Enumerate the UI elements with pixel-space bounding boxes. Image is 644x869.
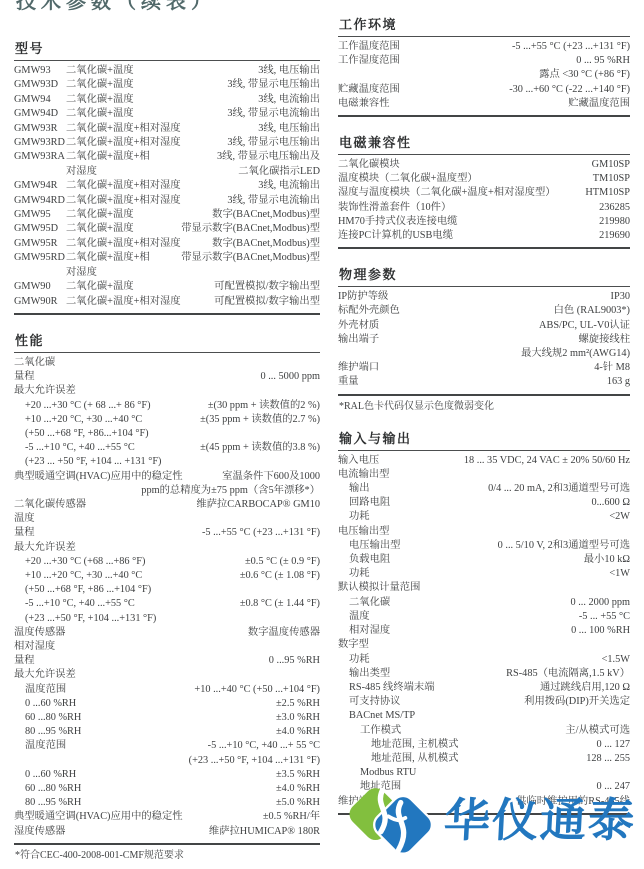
cropped-page-heading-text: 技术参数（续表） — [16, 0, 226, 11]
spec-value: <1.5W — [370, 653, 630, 667]
physical-footnote: *RAL色卡代码仅显示色度微弱变化 — [338, 400, 630, 413]
spec-label: 连接PC计算机的USB电缆 — [338, 229, 453, 243]
spec-label: 温度范围 — [25, 739, 66, 753]
spec-label: -5 ...+10 °C, +40 ...+55 °C — [25, 597, 135, 611]
spec-row: 维护端口 4-针 M8 — [338, 361, 630, 375]
spec-label: +20 ...+30 °C (+ 68 ...+ 86 °F) — [25, 399, 151, 413]
spec-row: 80 ...95 %RH ±4.0 %RH — [14, 725, 320, 739]
spec-label: BACnet MS/TP — [349, 709, 415, 723]
spec-label: 电压输出型 — [349, 539, 400, 553]
spec-row: 二氧化碳模块 GM10SP — [338, 158, 630, 172]
model-code: GMW90R — [14, 295, 66, 309]
spec-value: 0...600 Ω — [390, 496, 630, 510]
model-output-type: 可配置模拟/数字输出型 — [134, 280, 320, 294]
model-table-row: GMW93D 二氧化碳+温度 3线, 带显示电压输出 — [14, 78, 320, 92]
spec-value: 0/4 ... 20 mA, 2和3通道型号可选 — [370, 482, 630, 496]
datasheet-page: 技术参数（续表） 型号 GMW93 二氧化碳+温度 3线, 电压输出 GMW93… — [0, 0, 644, 869]
spec-label: 电压输出型 — [338, 525, 389, 539]
model-code: GMW94 — [14, 93, 66, 107]
model-description: 二氧化碳+温度 — [66, 64, 134, 78]
spec-label: 量程 — [14, 654, 35, 668]
spec-row: (+50 ...+68 °F, +86 ...+104 °F) — [14, 583, 320, 597]
model-description: 二氧化碳+温度 — [66, 107, 134, 121]
spec-value: <2W — [370, 510, 630, 524]
model-code: GMW93 — [14, 64, 66, 78]
spec-value: 贮藏温度范围 — [389, 97, 630, 111]
spec-row: 负载电阻 最小10 kΩ — [338, 553, 630, 567]
spec-value: 0 ...95 %RH — [35, 654, 320, 668]
spec-value: 最大线规2 mm²(AWG14) — [338, 347, 630, 361]
spec-label: 量程 — [14, 370, 35, 384]
model-table-row: GMW93RA 二氧化碳+温度+相 3线, 带显示电压输出及 — [14, 150, 320, 164]
model-table: GMW93 二氧化碳+温度 3线, 电压输出 GMW93D 二氧化碳+温度 3线… — [14, 61, 320, 315]
model-description: 二氧化碳+温度+相对湿度 — [66, 122, 181, 136]
spec-row: BACnet MS/TP — [338, 709, 630, 723]
spec-row: 标配外壳颜色 白色 (RAL9003*) — [338, 304, 630, 318]
spec-label: 最大允许误差 — [14, 541, 76, 555]
spec-row: 60 ...80 %RH ±3.0 %RH — [14, 711, 320, 725]
spec-row: 最大允许误差 — [14, 384, 320, 398]
spec-label: 装饰性滑盖套件（10件） — [338, 201, 451, 215]
spec-row: 露点 <30 °C (+86 °F) — [338, 68, 630, 82]
spec-label: Modbus RTU — [360, 766, 416, 780]
spec-label: 二氧化碳 — [14, 356, 55, 370]
spec-label: 输出端子 — [338, 333, 379, 347]
model-output-type: 3线, 带显示电压输出 — [181, 136, 320, 150]
spec-label: 二氧化碳传感器 — [14, 498, 86, 512]
model-description: 二氧化碳+温度 — [66, 78, 134, 92]
model-code: GMW94RD — [14, 194, 66, 208]
section-physical: 物理参数 IP防护等级 IP30 标配外壳颜色 白色 (RAL9003*) — [338, 264, 630, 412]
model-table-row: GMW95D 二氧化碳+温度 带显示数字(BACnet,Modbus)型 — [14, 222, 320, 236]
spec-value: RS-485（电流隔离,1.5 kV） — [390, 667, 630, 681]
spec-row: 电压输出型 — [338, 525, 630, 539]
spec-row: 输出类型 RS-485（电流隔离,1.5 kV） — [338, 667, 630, 681]
model-code: GMW90 — [14, 280, 66, 294]
section-performance: 性能 二氧化碳 量程 0 ... 5000 ppm — [14, 330, 320, 862]
spec-label: 可支持协议 — [349, 695, 400, 709]
spec-label: 负载电阻 — [349, 553, 390, 567]
spec-row: 温度范围 -5 ...+10 °C, +40 ...+ 55 °C — [14, 739, 320, 753]
spec-row: 电磁兼容性 贮藏温度范围 — [338, 97, 630, 111]
spec-row: 湿度传感器 维萨拉HUMICAP® 180R — [14, 825, 320, 839]
spec-value: (+23 ...+50 °F, +104 ...+131 °F) — [14, 754, 320, 768]
section-model: 型号 GMW93 二氧化碳+温度 3线, 电压输出 GMW93D 二氧化碳+温度 — [14, 38, 320, 315]
model-code: GMW93RA — [14, 150, 66, 164]
spec-value: ±2.5 %RH — [76, 697, 320, 711]
spec-value: 维萨拉CARBOCAP® GM10 — [86, 498, 320, 512]
spec-row: 典型暖通空调(HVAC)应用中的稳定性 ±0.5 %RH/年 — [14, 810, 320, 824]
spec-label: 工作模式 — [360, 724, 401, 738]
spec-row: 0 ...60 %RH ±2.5 %RH — [14, 697, 320, 711]
spec-value: ±4.0 %RH — [81, 782, 320, 796]
spec-label: +20 ...+30 °C (+68 ...+86 °F) — [25, 555, 145, 569]
model-table-row: GMW94R 二氧化碳+温度+相对湿度 3线, 电流输出 — [14, 179, 320, 193]
model-description: 二氧化碳+温度+相对湿度 — [66, 295, 181, 309]
spec-label: 典型暖通空调(HVAC)应用中的稳定性 — [14, 810, 183, 824]
model-output-type: 带显示数字(BACnet,Modbus)型 — [134, 222, 320, 236]
spec-row: 重量 163 g — [338, 375, 630, 389]
model-table-row: GMW93 二氧化碳+温度 3线, 电压输出 — [14, 64, 320, 78]
model-output-type: 3线, 电压输出 — [134, 64, 320, 78]
spec-value: 室温条件下600及1000 — [183, 470, 320, 484]
spec-label: 量程 — [14, 526, 35, 540]
spec-label: (+50 ...+68 °F, +86...+104 °F) — [25, 427, 149, 441]
spec-value: ±0.5 °C (± 0.9 °F) — [145, 555, 320, 569]
spec-row: 典型暖通空调(HVAC)应用中的稳定性 室温条件下600及1000 — [14, 470, 320, 484]
spec-label: 温度 — [14, 512, 35, 526]
right-column: 工作环境 工作温度范围 -5 ...+55 °C (+23 ...+131 °F… — [338, 0, 630, 869]
spec-row: 功耗 <1.5W — [338, 653, 630, 667]
spec-label: 地址范围, 主机模式 — [371, 738, 459, 752]
spec-value: 0 ... 5000 ppm — [35, 370, 320, 384]
spec-value: ±0.6 °C (± 1.08 °F) — [142, 569, 320, 583]
spec-label: +10 ...+20 °C, +30 ...+40 °C — [25, 569, 142, 583]
model-table-row: GMW94D 二氧化碳+温度 3线, 带显示电流输出 — [14, 107, 320, 121]
spec-label: 温度模块（二氧化碳+温度型） — [338, 172, 478, 186]
model-code: GMW95R — [14, 237, 66, 251]
spec-row: 二氧化碳 — [14, 356, 320, 370]
spec-row: -5 ...+10 °C, +40 ...+55 °C ±0.8 °C (± 1… — [14, 597, 320, 611]
spec-row: 二氧化碳传感器 维萨拉CARBOCAP® GM10 — [14, 498, 320, 512]
spec-value: 白色 (RAL9003*) — [400, 304, 630, 318]
spec-value: 数字温度传感器 — [65, 626, 320, 640]
spec-value: ±4.0 %RH — [81, 725, 320, 739]
spec-row: IP防护等级 IP30 — [338, 290, 630, 304]
section-operating-environment: 工作环境 工作温度范围 -5 ...+55 °C (+23 ...+131 °F… — [338, 14, 630, 117]
model-output-type: 二氧化碳指示LED — [97, 165, 320, 179]
performance-table: 二氧化碳 量程 0 ... 5000 ppm 最大允许误差 — [14, 353, 320, 845]
spec-row: 贮藏温度范围 -30 ...+60 °C (-22 ...+140 °F) — [338, 83, 630, 97]
model-description: 二氧化碳+温度+相 — [66, 150, 150, 164]
spec-value: ±(45 ppm + 读数值的3.8 %) — [135, 441, 320, 455]
spec-label: +10 ...+20 °C, +30 ...+40 °C — [25, 413, 142, 427]
section-emc: 电磁兼容性 二氧化碳模块 GM10SP 温度模块（二氧化碳+温度型） TM10S… — [338, 132, 630, 249]
spec-label: 电流输出型 — [338, 468, 389, 482]
spec-row: 装饰性滑盖套件（10件） 236285 — [338, 201, 630, 215]
spec-value: -5 ...+10 °C, +40 ...+ 55 °C — [66, 739, 320, 753]
spec-value: +10 ...+40 °C (+50 ...+104 °F) — [66, 683, 320, 697]
model-output-type: 带显示数字(BACnet,Modbus)型 — [150, 251, 320, 265]
spec-value: 露点 <30 °C (+86 °F) — [338, 68, 630, 82]
spec-row: 温度 -5 ... +55 °C — [338, 610, 630, 624]
spec-row: 60 ...80 %RH ±4.0 %RH — [14, 782, 320, 796]
spec-label: 二氧化碳 — [349, 596, 390, 610]
spec-label: 输出 — [349, 482, 370, 496]
spec-row: 外壳材质 ABS/PC, UL-V0认证 — [338, 319, 630, 333]
spec-row: 温度 — [14, 512, 320, 526]
spec-row: 最大允许误差 — [14, 668, 320, 682]
model-output-type: 数字(BACnet,Modbus)型 — [181, 237, 320, 251]
company-logo-text: 华仪通泰 — [443, 798, 637, 844]
spec-row: 工作模式 主/从模式可选 — [338, 724, 630, 738]
spec-label: (+23 ...+50 °F, +104 ...+131 °F) — [25, 612, 156, 626]
spec-row: 量程 -5 ...+55 °C (+23 ...+131 °F) — [14, 526, 320, 540]
spec-row: 最大允许误差 — [14, 541, 320, 555]
spec-label: 贮藏温度范围 — [338, 83, 400, 97]
spec-value: 通过跳线启用,120 Ω — [435, 681, 630, 695]
spec-row: 工作温度范围 -5 ...+55 °C (+23 ...+131 °F) — [338, 40, 630, 54]
model-table-row: GMW94RD 二氧化碳+温度+相对湿度 3线, 带显示电流输出 — [14, 194, 320, 208]
spec-row: 0 ...60 %RH ±3.5 %RH — [14, 768, 320, 782]
spec-row: +20 ...+30 °C (+ 68 ...+ 86 °F) ±(30 ppm… — [14, 399, 320, 413]
model-output-type: 3线, 带显示电流输出 — [181, 194, 320, 208]
spec-label: 地址范围, 从机模式 — [371, 752, 459, 766]
spec-label: 典型暖通空调(HVAC)应用中的稳定性 — [14, 470, 183, 484]
model-description: 二氧化碳+温度 — [66, 280, 134, 294]
model-output-type: 数字(BACnet,Modbus)型 — [134, 208, 320, 222]
spec-value: IP30 — [388, 290, 630, 304]
spec-label: 相对湿度 — [349, 624, 390, 638]
spec-value: 236285 — [451, 201, 630, 215]
spec-value: 0 ... 127 — [459, 738, 630, 752]
spec-label: 80 ...95 %RH — [25, 725, 81, 739]
spec-row: 输出 0/4 ... 20 mA, 2和3通道型号可选 — [338, 482, 630, 496]
spec-value: 最小10 kΩ — [390, 553, 630, 567]
spec-row: 二氧化碳 0 ... 2000 ppm — [338, 596, 630, 610]
model-table-row: 对湿度 — [14, 266, 320, 280]
spec-row: 温度传感器 数字温度传感器 — [14, 626, 320, 640]
spec-value: -30 ...+60 °C (-22 ...+140 °F) — [400, 83, 630, 97]
model-description: 二氧化碳+温度+相对湿度 — [66, 194, 181, 208]
spec-label: 输入电压 — [338, 454, 379, 468]
spec-row: 输出端子 螺旋接线柱 — [338, 333, 630, 347]
spec-label: 电磁兼容性 — [338, 97, 389, 111]
spec-label: 温度 — [349, 610, 370, 624]
spec-label: 80 ...95 %RH — [25, 796, 81, 810]
spec-row: 电流输出型 — [338, 468, 630, 482]
spec-row: 相对湿度 — [14, 640, 320, 654]
model-table-row: GMW93R 二氧化碳+温度+相对湿度 3线, 电压输出 — [14, 122, 320, 136]
section-physical-title: 物理参数 — [338, 264, 630, 287]
cropped-page-heading: 技术参数（续表） — [16, 0, 226, 11]
spec-row: (+23 ...+50 °F, +104 ...+131 °F) — [14, 754, 320, 768]
spec-label: 最大允许误差 — [14, 384, 76, 398]
model-code — [14, 266, 66, 280]
spec-value: 163 g — [359, 375, 630, 389]
spec-label: 湿度传感器 — [14, 825, 65, 839]
section-input-output-title: 输入与输出 — [338, 428, 630, 451]
spec-label: 0 ...60 %RH — [25, 697, 76, 711]
spec-row: 80 ...95 %RH ±5.0 %RH — [14, 796, 320, 810]
model-description: 二氧化碳+温度+相 — [66, 251, 150, 265]
huayi-diamond-monogram-icon — [344, 781, 436, 861]
spec-value: <1W — [370, 567, 630, 581]
model-output-type: 3线, 电流输出 — [134, 93, 320, 107]
model-table-row: GMW94 二氧化碳+温度 3线, 电流输出 — [14, 93, 320, 107]
spec-row: 数字型 — [338, 638, 630, 652]
section-model-title: 型号 — [14, 38, 320, 61]
spec-value: -5 ... +55 °C — [370, 610, 630, 624]
spec-row: 功耗 <1W — [338, 567, 630, 581]
spec-label: 最大允许误差 — [14, 668, 76, 682]
spec-row: 温度模块（二氧化碳+温度型） TM10SP — [338, 172, 630, 186]
spec-label: 60 ...80 %RH — [25, 782, 81, 796]
spec-row: 相对湿度 0 ... 100 %RH — [338, 624, 630, 638]
spec-value: 219690 — [453, 229, 630, 243]
spec-label: HM70手持式仪表连接电缆 — [338, 215, 458, 229]
spec-value: 0 ... 2000 ppm — [390, 596, 630, 610]
io-table: 输入电压 18 ... 35 VDC, 24 VAC ± 20% 50/60 H… — [338, 451, 630, 815]
spec-row: 量程 0 ...95 %RH — [14, 654, 320, 668]
spec-label: 湿度与温度模块（二氧化碳+温度+相对湿度型） — [338, 186, 556, 200]
spec-label: 功耗 — [349, 653, 370, 667]
spec-label: 维护端口 — [338, 361, 379, 375]
spec-row: 可支持协议 利用拨码(DIP)开关选定 — [338, 695, 630, 709]
model-description: 二氧化碳+温度 — [66, 222, 134, 236]
spec-value: 主/从模式可选 — [401, 724, 630, 738]
spec-row: RS-485 线终端末端 通过跳线启用,120 Ω — [338, 681, 630, 695]
model-code: GMW94D — [14, 107, 66, 121]
spec-row: (+50 ...+68 °F, +86...+104 °F) — [14, 427, 320, 441]
spec-value: 螺旋接线柱 — [379, 333, 630, 347]
spec-row: (+23 ...+50 °F, +104 ...+131 °F) — [14, 612, 320, 626]
spec-value: 0 ... 100 %RH — [390, 624, 630, 638]
spec-label: 默认模拟计量范围 — [338, 581, 420, 595]
physical-table: IP防护等级 IP30 标配外壳颜色 白色 (RAL9003*) 外壳材质 AB… — [338, 287, 630, 395]
spec-row: 回路电阻 0...600 Ω — [338, 496, 630, 510]
model-table-row: GMW90 二氧化碳+温度 可配置模拟/数字输出型 — [14, 280, 320, 294]
model-output-type: 3线, 带显示电流输出 — [134, 107, 320, 121]
spec-label: 外壳材质 — [338, 319, 379, 333]
spec-row: 温度范围 +10 ...+40 °C (+50 ...+104 °F) — [14, 683, 320, 697]
model-description: 对湿度 — [66, 266, 97, 280]
spec-value: ±3.0 %RH — [81, 711, 320, 725]
left-column: 技术参数（续表） 型号 GMW93 二氧化碳+温度 3线, 电压输出 GMW93… — [14, 0, 320, 869]
model-code: GMW95RD — [14, 251, 66, 265]
spec-label: 工作温度范围 — [338, 40, 400, 54]
spec-label: 温度范围 — [25, 683, 66, 697]
spec-label: 二氧化碳模块 — [338, 158, 400, 172]
spec-value: 219980 — [458, 215, 630, 229]
spec-value: 维萨拉HUMICAP® 180R — [65, 825, 320, 839]
model-table-row: GMW95 二氧化碳+温度 数字(BACnet,Modbus)型 — [14, 208, 320, 222]
spec-row: 电压输出型 0 ... 5/10 V, 2和3通道型号可选 — [338, 539, 630, 553]
spec-row: -5 ...+10 °C, +40 ...+55 °C ±(45 ppm + 读… — [14, 441, 320, 455]
model-description: 二氧化碳+温度+相对湿度 — [66, 136, 181, 150]
model-description: 二氧化碳+温度 — [66, 208, 134, 222]
model-output-type: 3线, 电压输出 — [181, 122, 320, 136]
spec-label: 输出类型 — [349, 667, 390, 681]
model-output-type: 可配置模拟/数字输出型 — [181, 295, 320, 309]
section-emc-title: 电磁兼容性 — [338, 132, 630, 155]
spec-label: 重量 — [338, 375, 359, 389]
model-description: 对湿度 — [66, 165, 97, 179]
spec-row: +20 ...+30 °C (+68 ...+86 °F) ±0.5 °C (±… — [14, 555, 320, 569]
section-operating-environment-title: 工作环境 — [338, 14, 630, 37]
spec-row: 工作湿度范围 0 ... 95 %RH — [338, 54, 630, 68]
spec-label: -5 ...+10 °C, +40 ...+55 °C — [25, 441, 135, 455]
model-description: 二氧化碳+温度+相对湿度 — [66, 179, 181, 193]
section-input-output: 输入与输出 输入电压 18 ... 35 VDC, 24 VAC ± 20% 5… — [338, 428, 630, 815]
spec-row: Modbus RTU — [338, 766, 630, 780]
spec-row: HM70手持式仪表连接电缆 219980 — [338, 215, 630, 229]
spec-row: 地址范围, 从机模式 128 ... 255 — [338, 752, 630, 766]
model-output-type: 3线, 电流输出 — [181, 179, 320, 193]
section-performance-title: 性能 — [14, 330, 320, 353]
spec-value: 0 ... 95 %RH — [400, 54, 630, 68]
spec-row: 连接PC计算机的USB电缆 219690 — [338, 229, 630, 243]
spec-row: 量程 0 ... 5000 ppm — [14, 370, 320, 384]
spec-row: (+23 ... +50 °F, +104 ... +131 °F) — [14, 455, 320, 469]
model-table-row: GMW95RD 二氧化碳+温度+相 带显示数字(BACnet,Modbus)型 — [14, 251, 320, 265]
spec-value: 18 ... 35 VDC, 24 VAC ± 20% 50/60 Hz — [379, 454, 630, 468]
spec-value: ABS/PC, UL-V0认证 — [379, 319, 630, 333]
company-logo: 华仪通泰 — [344, 781, 636, 861]
model-table-row: GMW93RD 二氧化碳+温度+相对湿度 3线, 带显示电压输出 — [14, 136, 320, 150]
spec-label: 温度传感器 — [14, 626, 65, 640]
spec-value: HTM10SP — [556, 186, 630, 200]
model-code: GMW93D — [14, 78, 66, 92]
spec-row: +10 ...+20 °C, +30 ...+40 °C ±(35 ppm + … — [14, 413, 320, 427]
spec-row: 最大线规2 mm²(AWG14) — [338, 347, 630, 361]
spec-label: 功耗 — [349, 510, 370, 524]
spec-value: GM10SP — [400, 158, 630, 172]
model-code: GMW94R — [14, 179, 66, 193]
spec-value: 利用拨码(DIP)开关选定 — [400, 695, 630, 709]
spec-label: 数字型 — [338, 638, 369, 652]
model-table-row: GMW95R 二氧化碳+温度+相对湿度 数字(BACnet,Modbus)型 — [14, 237, 320, 251]
model-description: 二氧化碳+温度+相对湿度 — [66, 237, 181, 251]
performance-footnote: *符合CEC-400-2008-001-CMF规范要求 — [14, 849, 320, 862]
spec-label: (+23 ... +50 °F, +104 ... +131 °F) — [25, 455, 161, 469]
model-code: GMW95 — [14, 208, 66, 222]
spec-value: 0 ... 5/10 V, 2和3通道型号可选 — [400, 539, 630, 553]
model-code: GMW93R — [14, 122, 66, 136]
model-table-row: 对湿度 二氧化碳指示LED — [14, 165, 320, 179]
spec-value: ±(35 ppm + 读数值的2.7 %) — [142, 413, 320, 427]
model-output-type — [97, 266, 320, 280]
model-table-row: GMW90R 二氧化碳+温度+相对湿度 可配置模拟/数字输出型 — [14, 295, 320, 309]
spec-row: 湿度与温度模块（二氧化碳+温度+相对湿度型） HTM10SP — [338, 186, 630, 200]
spec-label: 相对湿度 — [14, 640, 55, 654]
model-code: GMW93RD — [14, 136, 66, 150]
spec-value: -5 ...+55 °C (+23 ...+131 °F) — [400, 40, 630, 54]
two-column-layout: 技术参数（续表） 型号 GMW93 二氧化碳+温度 3线, 电压输出 GMW93… — [0, 0, 644, 869]
model-output-type: 3线, 带显示电压输出及 — [150, 150, 320, 164]
spec-row: 输入电压 18 ... 35 VDC, 24 VAC ± 20% 50/60 H… — [338, 454, 630, 468]
spec-value: ±0.8 °C (± 1.44 °F) — [135, 597, 320, 611]
emc-table: 二氧化碳模块 GM10SP 温度模块（二氧化碳+温度型） TM10SP 湿度与温… — [338, 155, 630, 249]
spec-value: ±(30 ppm + 读数值的2 %) — [151, 399, 320, 413]
spec-value: ppm的总精度为±75 ppm（含5年漂移*） — [14, 484, 320, 498]
spec-label: 回路电阻 — [349, 496, 390, 510]
spec-label: 标配外壳颜色 — [338, 304, 400, 318]
model-description: 二氧化碳+温度 — [66, 93, 134, 107]
environment-table: 工作温度范围 -5 ...+55 °C (+23 ...+131 °F) 工作湿… — [338, 37, 630, 117]
spec-row: +10 ...+20 °C, +30 ...+40 °C ±0.6 °C (± … — [14, 569, 320, 583]
spec-value: ±3.5 %RH — [76, 768, 320, 782]
spec-label: (+50 ...+68 °F, +86 ...+104 °F) — [25, 583, 151, 597]
spec-label: 功耗 — [349, 567, 370, 581]
spec-label: 60 ...80 %RH — [25, 711, 81, 725]
spec-label: 0 ...60 %RH — [25, 768, 76, 782]
spec-value: ±5.0 %RH — [81, 796, 320, 810]
spec-label: RS-485 线终端末端 — [349, 681, 435, 695]
spec-row: 地址范围, 主机模式 0 ... 127 — [338, 738, 630, 752]
spec-row: 功耗 <2W — [338, 510, 630, 524]
spec-label: IP防护等级 — [338, 290, 388, 304]
spec-value: 4-针 M8 — [379, 361, 630, 375]
spec-label: 工作湿度范围 — [338, 54, 400, 68]
spec-row: 默认模拟计量范围 — [338, 581, 630, 595]
spec-value: 128 ... 255 — [459, 752, 630, 766]
model-code: GMW95D — [14, 222, 66, 236]
model-output-type: 3线, 带显示电压输出 — [134, 78, 320, 92]
model-code — [14, 165, 66, 179]
spec-value: ±0.5 %RH/年 — [183, 810, 320, 824]
spec-value: -5 ...+55 °C (+23 ...+131 °F) — [35, 526, 320, 540]
